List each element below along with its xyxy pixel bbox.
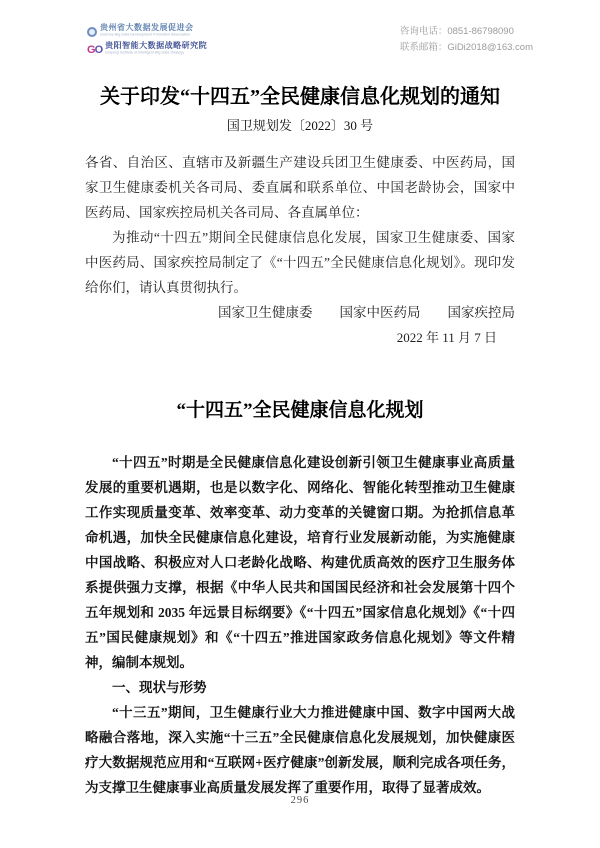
contact-info: 咨询电话：0851-86798090 联系邮箱：GiDi2018@163.com [400,24,533,56]
page-number: 296 [0,795,600,806]
go-monogram-icon: GO [87,45,102,55]
section-1-paragraph: “十三五”期间，卫生健康行业大力推进健康中国、数字中国两大战略融合落地，深入实施… [85,700,515,800]
institute-name: 贵阳智能大数据战略研究院 [105,42,233,50]
notice-title: 关于印发“十四五”全民健康信息化规划的通知 [85,84,515,110]
page-header: 贵州省大数据发展促进会 Guizhou Big Data Development… [87,24,533,58]
association-subtitle: Guizhou Big Data Development Promotion A… [100,33,190,37]
logo-block: 贵州省大数据发展促进会 Guizhou Big Data Development… [87,24,245,57]
logo-text-group: 贵州省大数据发展促进会 Guizhou Big Data Development… [100,24,245,39]
logo-text-group: 贵阳智能大数据战略研究院 Guiyang Institute of Intell… [105,42,233,57]
signers-line: 国家卫生健康委 国家中医药局 国家疾控局 [85,300,515,325]
contact-email: 联系邮箱：GiDi2018@163.com [400,40,533,56]
recipients-paragraph: 各省、自治区、直辖市及新疆生产建设兵团卫生健康委、中医药局，国家卫生健康委机关各… [85,150,515,225]
notice-body-paragraph: 为推动“十四五”期间全民健康信息化发展，国家卫生健康委、国家中医药局、国家疾控局… [85,225,515,300]
section-1-heading: 一、现状与形势 [85,675,515,700]
logo-guizhou-association: 贵州省大数据发展促进会 Guizhou Big Data Development… [87,24,245,39]
contact-phone: 咨询电话：0851-86798090 [400,24,533,40]
document-page: 贵州省大数据发展促进会 Guizhou Big Data Development… [0,0,600,848]
plan-title: “十四五”全民健康信息化规划 [85,398,515,424]
globe-emblem-icon [87,27,97,37]
association-name: 贵州省大数据发展促进会 [100,24,245,32]
logo-guiyang-institute: GO 贵阳智能大数据战略研究院 Guiyang Institute of Int… [87,42,245,57]
plan-intro-paragraph: “十四五”时期是全民健康信息化建设创新引领卫生健康事业高质量发展的重要机遇期，也… [85,450,515,675]
institute-subtitle: Guiyang Institute of Intelligent Big Dat… [105,51,184,55]
doc-number: 国卫规划发〔2022〕30 号 [85,117,515,135]
date-line: 2022 年 11 月 7 日 [85,325,515,350]
